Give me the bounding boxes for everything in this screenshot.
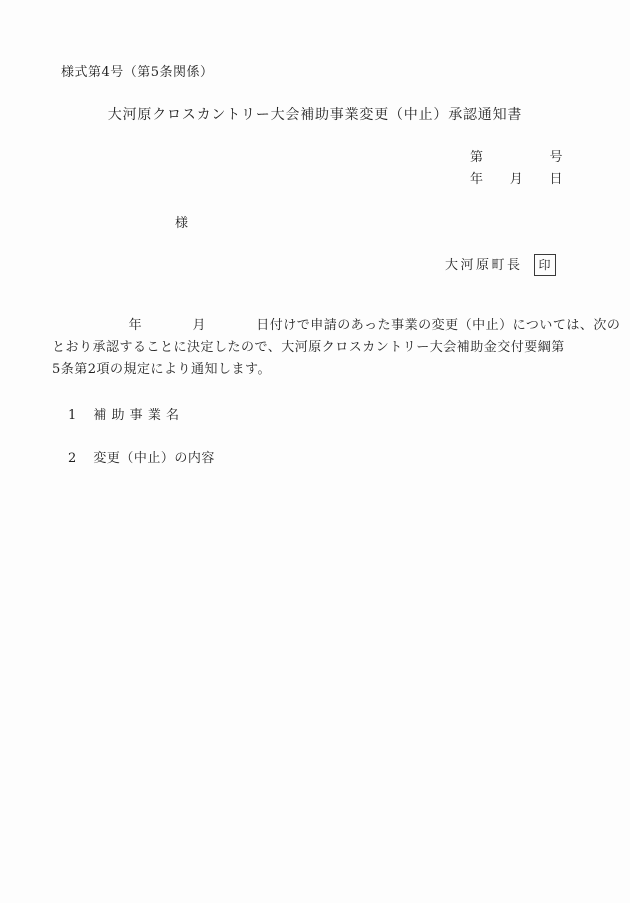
item-2-number: 2 [68,451,77,466]
seal-placeholder-box: 印 [534,254,556,276]
doc-number-prefix: 第 [470,151,484,164]
body-line-3: 5条第2項の規定により通知します。 [52,359,620,381]
body-paragraph: 年 月 日付けで申請のあった事業の変更（中止）については、次の とおり承認するこ… [52,315,620,381]
document-title: 大河原クロスカントリー大会補助事業変更（中止）承認通知書 [0,108,630,122]
body-line-1-text: 日付けで申請のあった事業の変更（中止）については、次の [256,318,620,333]
date-line: 年 月 日 [470,173,563,186]
date-year-label: 年 [470,173,484,186]
body-year-label: 年 [129,318,143,333]
item-2-label: 変更（中止）の内容 [93,451,215,466]
date-month-label: 月 [510,173,524,186]
issuer-line: 大河原町長 印 [445,254,556,276]
body-line-2: とおり承認することに決定したので、大河原クロスカントリー大会補助金交付要綱第 [52,337,620,359]
item-1-label: 補 助 事 業 名 [93,408,179,423]
recipient-honorific: 様 [175,217,189,230]
document-number-line: 第 号 [470,151,563,164]
item-2: 2 変更（中止）の内容 [68,452,215,465]
seal-mark: 印 [539,259,551,271]
item-1-number: 1 [68,408,77,423]
body-month-label: 月 [192,318,206,333]
document-page: 様式第4号（第5条関係） 大河原クロスカントリー大会補助事業変更（中止）承認通知… [0,0,630,903]
item-1: 1 補 助 事 業 名 [68,409,179,422]
form-number-label: 様式第4号（第5条関係） [61,66,214,79]
doc-number-suffix: 号 [549,151,563,164]
date-day-label: 日 [549,173,563,186]
issuer-title: 大河原町長 [445,259,523,272]
body-line-1: 年 月 日付けで申請のあった事業の変更（中止）については、次の [52,315,620,337]
